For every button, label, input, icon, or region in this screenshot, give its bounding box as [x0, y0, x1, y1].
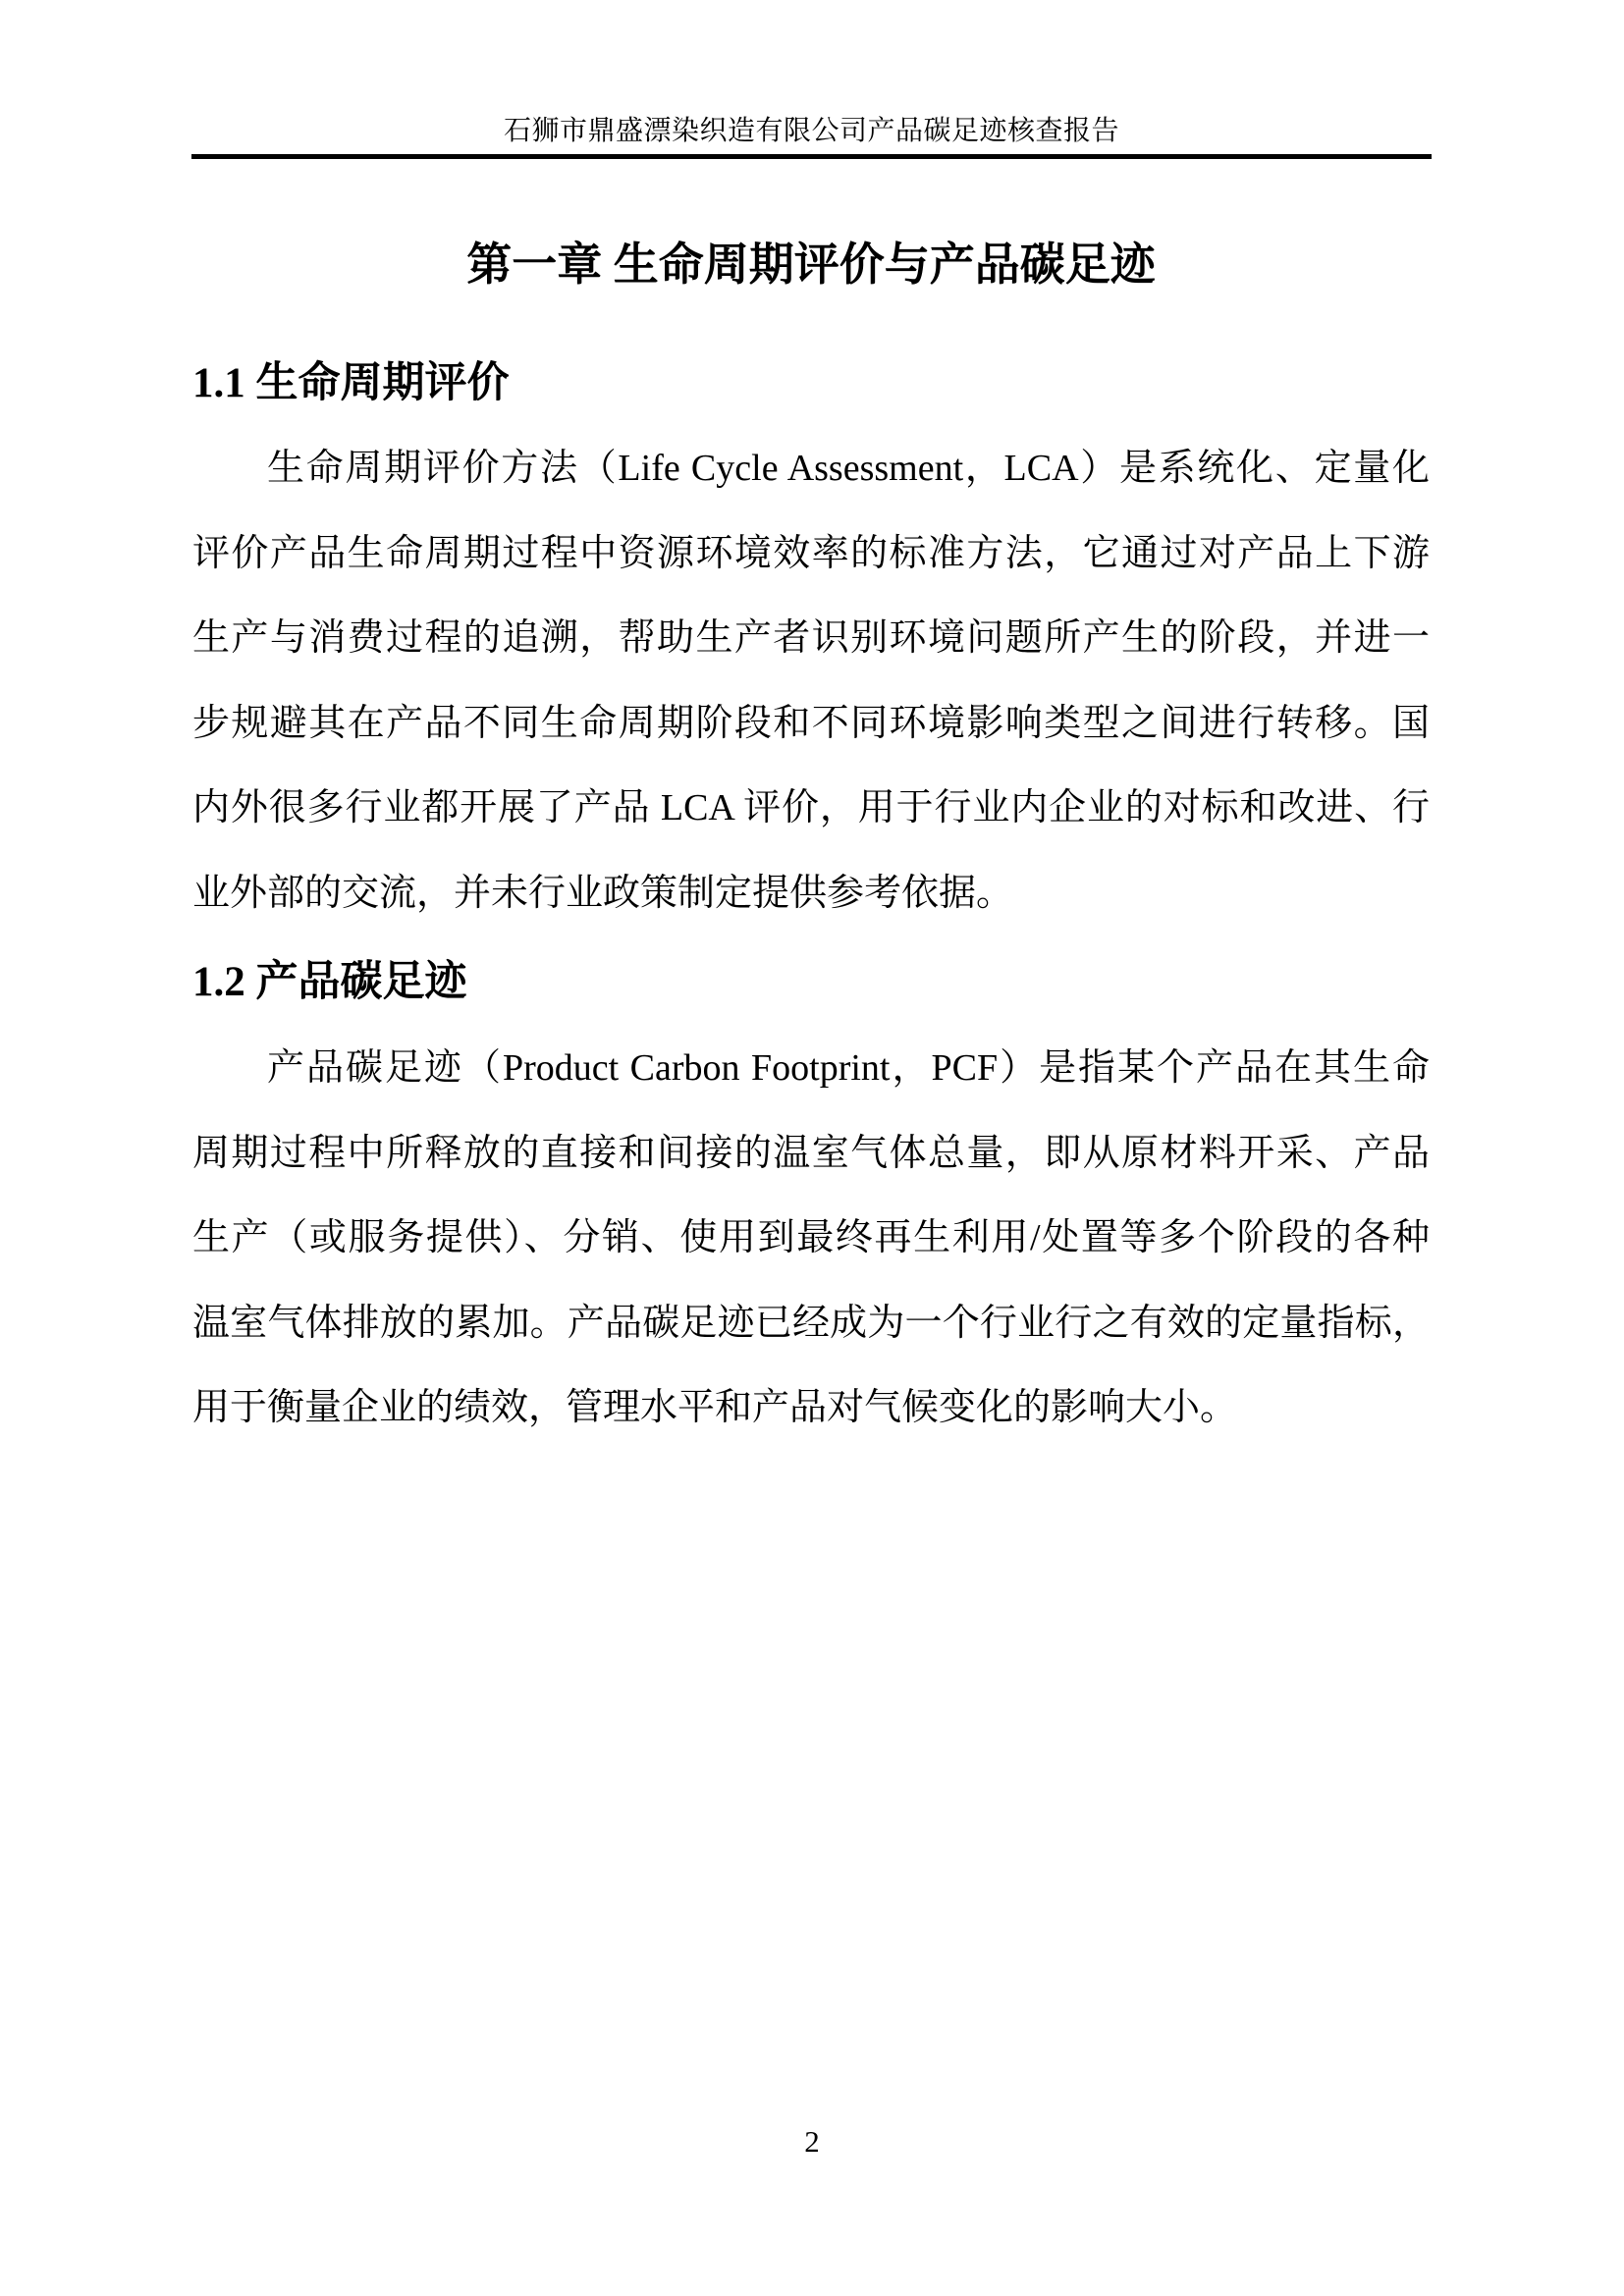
page-footer: 2 [0, 2120, 1624, 2163]
paragraph-line: 步规避其在产品不同生命周期阶段和不同环境影响类型之间进行转移。国 [192, 681, 1430, 767]
page-content: 第一章 生命周期评价与产品碳足迹 1.1 生命周期评价 生命周期评价方法（Lif… [192, 159, 1430, 1451]
paragraph-1: 生命周期评价方法（Life Cycle Assessment，LCA）是系统化、… [192, 426, 1430, 935]
paragraph-line: 用于衡量企业的绩效，管理水平和产品对气候变化的影响大小。 [192, 1365, 1430, 1451]
section-heading-1-2: 1.2 产品碳足迹 [192, 954, 1430, 1011]
paragraph-line: 生产与消费过程的追溯，帮助生产者识别环境问题所产生的阶段，并进一 [192, 596, 1430, 681]
paragraph-line: 生产（或服务提供）、分销、使用到最终再生利用/处置等多个阶段的各种 [192, 1196, 1430, 1281]
report-page: 石狮市鼎盛漂染织造有限公司产品碳足迹核查报告 第一章 生命周期评价与产品碳足迹 … [0, 0, 1624, 2296]
section-lifecycle-assessment: 1.1 生命周期评价 生命周期评价方法（Life Cycle Assessmen… [192, 355, 1430, 935]
paragraph-2: 产品碳足迹（Product Carbon Footprint，PCF）是指某个产… [192, 1026, 1430, 1451]
paragraph-line: 生命周期评价方法（Life Cycle Assessment，LCA）是系统化、… [192, 426, 1430, 511]
paragraph-line: 温室气体排放的累加。产品碳足迹已经成为一个行业行之有效的定量指标， [192, 1281, 1430, 1366]
page-number: 2 [804, 2124, 820, 2159]
chapter-title: 第一章 生命周期评价与产品碳足迹 [192, 236, 1430, 294]
section-heading-1-1: 1.1 生命周期评价 [192, 355, 1430, 412]
paragraph-line: 业外部的交流，并未行业政策制定提供参考依据。 [192, 851, 1430, 936]
paragraph-line: 内外很多行业都开展了产品 LCA 评价，用于行业内企业的对标和改进、行 [192, 766, 1430, 851]
page-header: 石狮市鼎盛漂染织造有限公司产品碳足迹核查报告 [191, 0, 1432, 159]
section-product-carbon-footprint: 1.2 产品碳足迹 产品碳足迹（Product Carbon Footprint… [192, 954, 1430, 1451]
paragraph-line: 评价产品生命周期过程中资源环境效率的标准方法，它通过对产品上下游 [192, 511, 1430, 597]
paragraph-line: 周期过程中所释放的直接和间接的温室气体总量，即从原材料开采、产品 [192, 1111, 1430, 1197]
paragraph-line: 产品碳足迹（Product Carbon Footprint，PCF）是指某个产… [192, 1026, 1430, 1111]
running-header-title: 石狮市鼎盛漂染织造有限公司产品碳足迹核查报告 [504, 113, 1119, 150]
